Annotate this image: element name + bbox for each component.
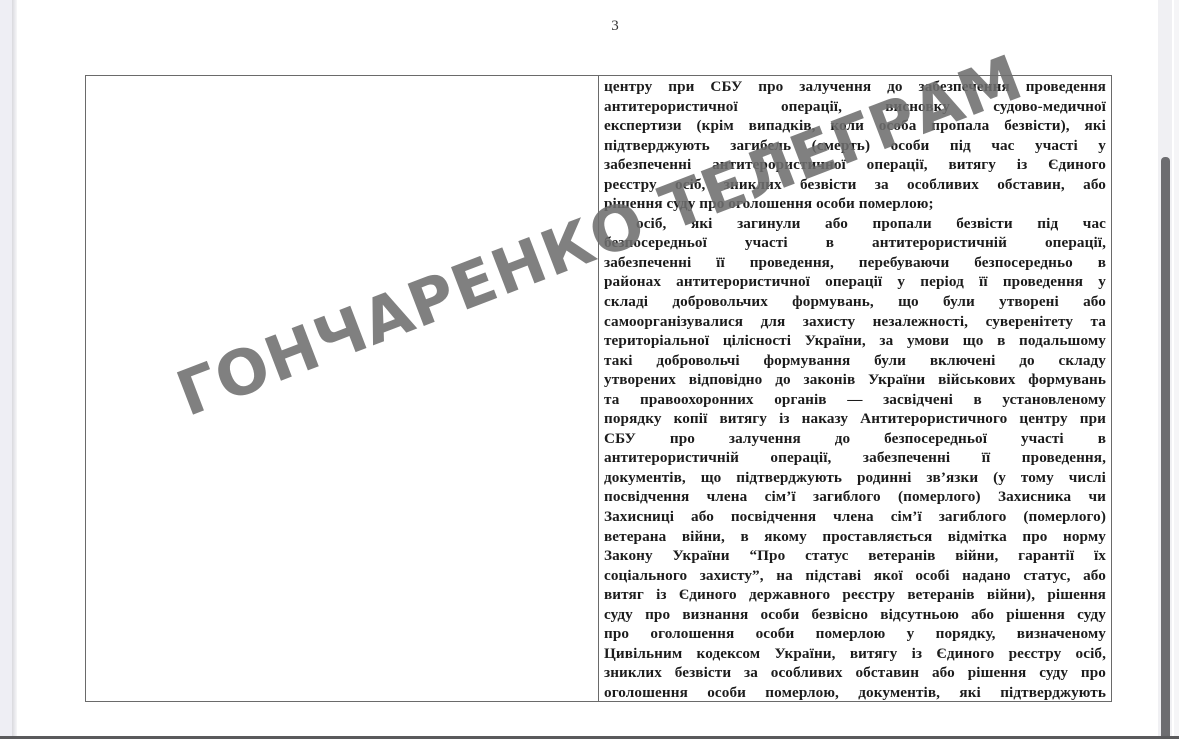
page-number: 3 xyxy=(605,18,625,35)
text-line: витяг із Єдиного державного реєстру вете… xyxy=(604,585,1106,605)
text-line: суду про визнання особи безвісно відсутн… xyxy=(604,605,1106,625)
text-line: Закону України “Про статус ветеранів вій… xyxy=(604,546,1106,566)
text-line: оголошення особи померлою, документів, я… xyxy=(604,683,1106,701)
text-line: забезпеченні антитерористичної операції,… xyxy=(604,155,1106,175)
viewer-right-edge xyxy=(1174,0,1179,737)
right-column-text: центру при СБУ про залучення до забезпеч… xyxy=(604,77,1106,701)
text-line: центру при СБУ про залучення до забезпеч… xyxy=(604,77,1106,97)
text-line: та правоохоронних органів — засвідчені в… xyxy=(604,390,1106,410)
text-line: ветерана війни, в якому проставляється в… xyxy=(604,527,1106,547)
text-line: експертизи (крім випадків, коли особа пр… xyxy=(604,116,1106,136)
text-line: безпосередньої участі в антитерористичні… xyxy=(604,233,1106,253)
text-line: антитерористичній операції, забезпеченні… xyxy=(604,448,1106,468)
text-line: антитерористичної операції, висновку суд… xyxy=(604,97,1106,117)
scrollbar-thumb[interactable] xyxy=(1161,157,1170,737)
text-line: Цивільним кодексом України, витягу із Єд… xyxy=(604,644,1106,664)
text-line: такі добровольчі формування були включен… xyxy=(604,351,1106,371)
text-line: самоорганізувалися для захисту незалежно… xyxy=(604,312,1106,332)
text-line: зниклих безвісти за особливих обставин а… xyxy=(604,663,1106,683)
text-line: територіальної цілісності України, за ум… xyxy=(604,331,1106,351)
text-line: соціального захисту”, на підставі якої о… xyxy=(604,566,1106,586)
text-line: забезпеченні її проведення, перебуваючи … xyxy=(604,253,1106,273)
text-line: документів, що підтверджують родинні зв’… xyxy=(604,468,1106,488)
table-right-column: центру при СБУ про залучення до забезпеч… xyxy=(599,76,1111,701)
text-line: порядку копії витягу із наказу Антитерор… xyxy=(604,409,1106,429)
text-line: Захисниці або посвідчення члена сім’ї за… xyxy=(604,507,1106,527)
text-line: складі добровольчих формувань, що були у… xyxy=(604,292,1106,312)
text-line: СБУ про залучення до безпосередньої учас… xyxy=(604,429,1106,449)
text-line: утворених відповідно до законів України … xyxy=(604,370,1106,390)
document-table: центру при СБУ про залучення до забезпеч… xyxy=(85,75,1112,702)
viewer-left-margin xyxy=(0,0,12,737)
text-line: посвідчення члена сім’ї загиблого (помер… xyxy=(604,487,1106,507)
text-line: рішення суду про оголошення особи померл… xyxy=(604,194,1106,214)
text-line: осіб, які загинули або пропали безвісти … xyxy=(604,214,1106,234)
text-line: підтверджують загибель (смерть) особи пі… xyxy=(604,136,1106,156)
text-line: про оголошення особи померлою у порядку,… xyxy=(604,624,1106,644)
text-line: реєстру осіб, зниклих безвісти за особли… xyxy=(604,175,1106,195)
table-left-column xyxy=(86,76,599,701)
text-line: районах антитерористичної операції у пер… xyxy=(604,272,1106,292)
